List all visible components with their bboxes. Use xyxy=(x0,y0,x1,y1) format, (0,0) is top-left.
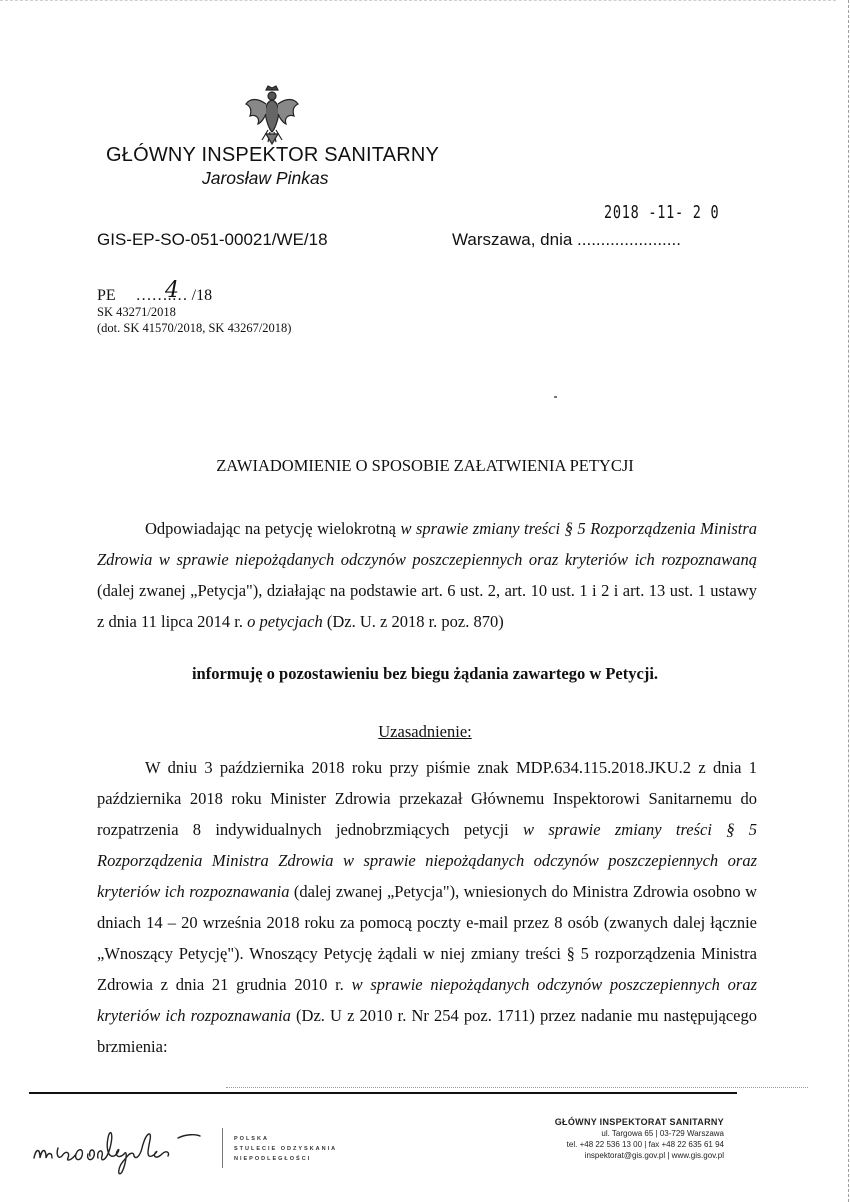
institution-email-web: inspektorat@gis.gov.pl | www.gis.gov.pl xyxy=(555,1150,724,1161)
pe-number-line: PE …….… /18 xyxy=(97,287,212,305)
stamped-date: 2018 -11- 2 0 xyxy=(604,202,719,223)
authority-person: Jarosław Pinkas xyxy=(202,168,328,189)
niepodlegla-signature-logo-icon xyxy=(30,1118,220,1178)
institution-address: ul. Targowa 65 | 03-729 Warszawa xyxy=(555,1128,724,1139)
sk-number: SK 43271/2018 xyxy=(97,305,176,320)
authority-title: GŁÓWNY INSPEKTOR SANITARNY xyxy=(106,144,439,167)
pe-label: PE xyxy=(97,287,116,304)
place-and-date: Warszawa, dnia ...................... xyxy=(452,230,681,250)
paragraph-intro: Odpowiadając na petycję wielokrotną w sp… xyxy=(97,513,757,637)
sk-related-numbers: (dot. SK 41570/2018, SK 43267/2018) xyxy=(97,321,291,336)
scan-edge-top xyxy=(0,0,836,2)
justification-heading: Uzasadnienie: xyxy=(0,722,850,742)
footer-divider xyxy=(222,1128,223,1168)
paragraph-justification: W dniu 3 października 2018 roku przy piś… xyxy=(97,752,757,1062)
scan-speck xyxy=(554,396,557,398)
reference-number: GIS-EP-SO-051-00021/WE/18 xyxy=(97,230,328,250)
footer-rule xyxy=(29,1092,737,1094)
institution-contact: GŁÓWNY INSPEKTORAT SANITARNY ul. Targowa… xyxy=(555,1117,724,1161)
document-title: ZAWIADOMIENIE O SPOSOBIE ZAŁATWIENIA PET… xyxy=(0,456,850,476)
centenary-label: POLSKA STULECIE ODZYSKANIA NIEPODLEGŁOŚC… xyxy=(234,1134,337,1164)
footer-dotted-rule xyxy=(226,1087,808,1088)
institution-name: GŁÓWNY INSPEKTORAT SANITARNY xyxy=(555,1117,724,1128)
decision-statement: informuję o pozostawieniu bez biegu żąda… xyxy=(0,664,850,684)
institution-phones: tel. +48 22 536 13 00 | fax +48 22 635 6… xyxy=(555,1139,724,1150)
pe-handwritten-number: 4 xyxy=(165,278,179,303)
polish-eagle-emblem-icon xyxy=(244,84,300,146)
